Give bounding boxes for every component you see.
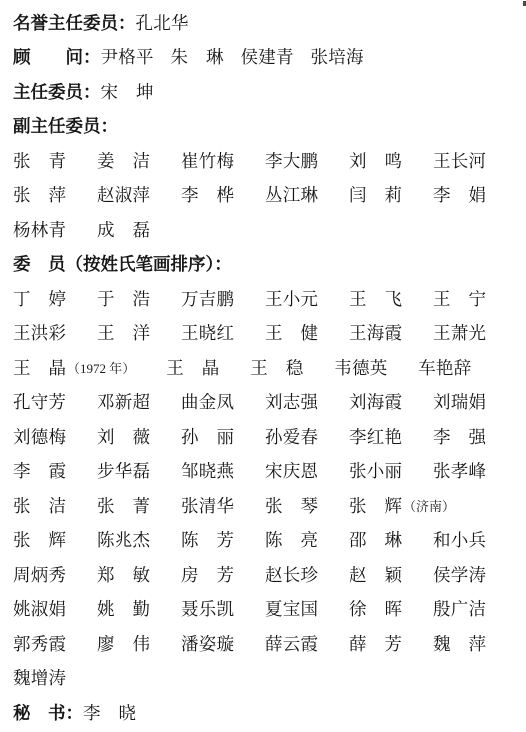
person-name-text: 侯学涛	[433, 567, 486, 585]
person-name-text: 郭秀霞	[13, 636, 66, 654]
person-name-text: 孔北华	[136, 15, 189, 33]
person-name-text: 赵长珍	[265, 567, 318, 585]
person-name-text: 王宁	[433, 291, 486, 309]
name-list: 宋坤	[101, 84, 154, 102]
person-name-text: 韦德英	[334, 360, 387, 378]
person-name: 王洪彩	[13, 325, 66, 343]
person-name-text: 成磊	[97, 222, 150, 240]
person-name: 张萍	[13, 187, 66, 205]
person-name-text: 王健	[265, 325, 318, 343]
name-list: 李晓	[83, 705, 136, 723]
name-list: 孔北华	[136, 15, 189, 33]
doc-line: 孔守芳邓新超曲金凤刘志强刘海霞刘瑞娟	[13, 386, 526, 421]
person-name-text: 张辉	[349, 498, 402, 516]
person-name: 孔守芳	[13, 394, 66, 412]
person-name: 孔北华	[136, 15, 189, 33]
doc-line: 副主任委员：	[13, 110, 526, 145]
person-name-text: 郑敏	[97, 567, 150, 585]
person-name: 刘志强	[265, 394, 318, 412]
person-name: 张孝峰	[433, 463, 486, 481]
person-name-text: 廖伟	[97, 636, 150, 654]
person-name: 崔竹梅	[181, 153, 234, 171]
person-name-text: 张孝峰	[433, 463, 486, 481]
person-name-text: 尹格平	[101, 49, 154, 67]
person-name-text: 刘德梅	[13, 429, 66, 447]
person-name-text: 王小元	[265, 291, 318, 309]
person-name-text: 李桦	[181, 187, 234, 205]
doc-line: 秘 书：李晓	[13, 696, 526, 731]
person-name-text: 曲金凤	[181, 394, 234, 412]
person-name: 陈兆杰	[97, 532, 150, 550]
doc-line: 主任委员：宋坤	[13, 75, 526, 110]
person-name: 刘薇	[97, 429, 150, 447]
doc-line: 委 员（按姓氏笔画排序）：	[13, 248, 526, 283]
person-name: 陈芳	[181, 532, 234, 550]
person-name-text: 王海霞	[349, 325, 402, 343]
person-name-text: 张辉	[13, 532, 66, 550]
section-label: 主任委员：	[13, 84, 101, 102]
name-list: 张辉陈兆杰陈芳陈亮邵琳和小兵	[13, 532, 486, 550]
person-name: 宋坤	[101, 84, 154, 102]
section-label: 委 员（按姓氏笔画排序）：	[13, 256, 232, 274]
person-name: 邵琳	[349, 532, 402, 550]
person-name: 侯建青	[241, 49, 294, 67]
person-name-text: 邹晓燕	[181, 463, 234, 481]
person-name: 孙爱春	[265, 429, 318, 447]
person-name: 万吉鹏	[181, 291, 234, 309]
person-name-text: 张萍	[13, 187, 66, 205]
section-label: 秘 书：	[13, 705, 83, 723]
person-name: 殷广洁	[433, 601, 486, 619]
person-name: 王宁	[433, 291, 486, 309]
person-name: 王长河	[433, 153, 486, 171]
person-name-text: 张菁	[97, 498, 150, 516]
person-name: 车艳辞	[418, 360, 471, 378]
name-list: 魏增涛	[13, 670, 66, 688]
name-list: 孔守芳邓新超曲金凤刘志强刘海霞刘瑞娟	[13, 394, 486, 412]
person-name-text: 刘志强	[265, 394, 318, 412]
person-name-text: 姜洁	[97, 153, 150, 171]
person-name-text: 聂乐凯	[181, 601, 234, 619]
person-name: 曲金凤	[181, 394, 234, 412]
person-name-text: 万吉鹏	[181, 291, 234, 309]
doc-line: 张萍赵淑萍李桦丛江琳闫莉李娟	[13, 179, 526, 214]
name-list: 张青姜洁崔竹梅李大鹏刘鸣王长河	[13, 153, 486, 171]
document-page: 名誉主任委员：孔北华顾 问：尹格平朱琳侯建青张培海主任委员：宋坤副主任委员：张青…	[0, 0, 526, 732]
person-name: 朱琳	[171, 49, 224, 67]
person-name: 李晓	[83, 705, 136, 723]
person-name: 张辉（济南）	[349, 498, 455, 516]
person-name: 陈亮	[265, 532, 318, 550]
name-list: 杨林青成磊	[13, 222, 150, 240]
person-name: 刘瑞娟	[433, 394, 486, 412]
doc-line: 姚淑娟姚勤聂乐凯夏宝国徐晖殷广洁	[13, 593, 526, 628]
person-name: 张小丽	[349, 463, 402, 481]
person-name: 闫莉	[349, 187, 402, 205]
doc-line: 李霞步华磊邹晓燕宋庆恩张小丽张孝峰	[13, 455, 526, 490]
person-name-text: 丁婷	[13, 291, 66, 309]
person-name: 孙丽	[181, 429, 234, 447]
person-name: 潘姿璇	[181, 636, 234, 654]
person-name-text: 殷广洁	[433, 601, 486, 619]
person-name-text: 赵淑萍	[97, 187, 150, 205]
doc-line: 张洁张菁张清华张琴张辉（济南）	[13, 489, 526, 524]
name-list: 尹格平朱琳侯建青张培海	[101, 49, 364, 67]
name-annotation: （济南）	[403, 500, 455, 513]
person-name-text: 姚勤	[97, 601, 150, 619]
person-name-text: 李晓	[83, 705, 136, 723]
person-name-text: 王稳	[250, 360, 303, 378]
person-name: 薛云霞	[265, 636, 318, 654]
person-name: 张培海	[311, 49, 364, 67]
committee-list: 名誉主任委员：孔北华顾 问：尹格平朱琳侯建青张培海主任委员：宋坤副主任委员：张青…	[13, 6, 526, 731]
person-name: 赵淑萍	[97, 187, 150, 205]
person-name: 侯学涛	[433, 567, 486, 585]
person-name-text: 邵琳	[349, 532, 402, 550]
person-name: 李红艳	[349, 429, 402, 447]
person-name: 廖伟	[97, 636, 150, 654]
person-name-text: 刘鸣	[349, 153, 402, 171]
person-name: 张洁	[13, 498, 66, 516]
name-list: 郭秀霞廖伟潘姿璇薛云霞薛芳魏萍	[13, 636, 486, 654]
person-name-text: 宋坤	[101, 84, 154, 102]
person-name: 郭秀霞	[13, 636, 66, 654]
person-name: 王萧光	[433, 325, 486, 343]
person-name-text: 房芳	[181, 567, 234, 585]
name-annotation: （1972 年）	[67, 362, 135, 375]
person-name-text: 王洋	[97, 325, 150, 343]
person-name: 王晶	[166, 360, 219, 378]
doc-line: 名誉主任委员：孔北华	[13, 6, 526, 41]
section-label: 名誉主任委员：	[13, 15, 136, 33]
person-name: 李大鹏	[265, 153, 318, 171]
person-name: 王晓红	[181, 325, 234, 343]
name-list: 刘德梅刘薇孙丽孙爱春李红艳李强	[13, 429, 486, 447]
doc-line: 丁婷于浩万吉鹏王小元王飞王宁	[13, 282, 526, 317]
person-name: 丁婷	[13, 291, 66, 309]
person-name-text: 杨林青	[13, 222, 66, 240]
person-name-text: 李娟	[433, 187, 486, 205]
section-label: 副主任委员：	[13, 118, 118, 136]
person-name-text: 李霞	[13, 463, 66, 481]
person-name: 姚勤	[97, 601, 150, 619]
name-list: 王洪彩王洋王晓红王健王海霞王萧光	[13, 325, 486, 343]
person-name-text: 朱琳	[171, 49, 224, 67]
person-name: 刘海霞	[349, 394, 402, 412]
person-name-text: 薛云霞	[265, 636, 318, 654]
person-name-text: 刘瑞娟	[433, 394, 486, 412]
name-list: 张洁张菁张清华张琴张辉（济南）	[13, 498, 455, 516]
person-name: 王飞	[349, 291, 402, 309]
person-name-text: 李红艳	[349, 429, 402, 447]
person-name: 李强	[433, 429, 486, 447]
person-name: 张青	[13, 153, 66, 171]
person-name-text: 夏宝国	[265, 601, 318, 619]
person-name-text: 张洁	[13, 498, 66, 516]
doc-line: 杨林青成磊	[13, 213, 526, 248]
person-name-text: 崔竹梅	[181, 153, 234, 171]
person-name-text: 于浩	[97, 291, 150, 309]
person-name: 张琴	[265, 498, 318, 516]
person-name-text: 张培海	[311, 49, 364, 67]
person-name: 丛江琳	[265, 187, 318, 205]
person-name-text: 张琴	[265, 498, 318, 516]
doc-line: 张青姜洁崔竹梅李大鹏刘鸣王长河	[13, 144, 526, 179]
doc-line: 魏增涛	[13, 662, 526, 697]
person-name-text: 和小兵	[433, 532, 486, 550]
person-name-text: 王晓红	[181, 325, 234, 343]
person-name: 刘德梅	[13, 429, 66, 447]
person-name: 成磊	[97, 222, 150, 240]
person-name: 周炳秀	[13, 567, 66, 585]
person-name-text: 王洪彩	[13, 325, 66, 343]
person-name-text: 赵颖	[349, 567, 402, 585]
person-name-text: 张青	[13, 153, 66, 171]
person-name: 姜洁	[97, 153, 150, 171]
person-name-text: 张小丽	[349, 463, 402, 481]
person-name: 徐晖	[349, 601, 402, 619]
person-name: 张菁	[97, 498, 150, 516]
section-label: 顾 问：	[13, 49, 101, 67]
name-list: 李霞步华磊邹晓燕宋庆恩张小丽张孝峰	[13, 463, 486, 481]
doc-line: 王洪彩王洋王晓红王健王海霞王萧光	[13, 317, 526, 352]
person-name: 于浩	[97, 291, 150, 309]
person-name: 张清华	[181, 498, 234, 516]
person-name: 邹晓燕	[181, 463, 234, 481]
name-list: 丁婷于浩万吉鹏王小元王飞王宁	[13, 291, 486, 309]
name-list: 王晶（1972 年）王晶王稳韦德英车艳辞	[13, 360, 471, 378]
person-name-text: 车艳辞	[418, 360, 471, 378]
person-name: 王晶（1972 年）	[13, 360, 135, 378]
person-name: 姚淑娟	[13, 601, 66, 619]
person-name-text: 姚淑娟	[13, 601, 66, 619]
person-name-text: 王晶	[166, 360, 219, 378]
person-name: 宋庆恩	[265, 463, 318, 481]
person-name-text: 步华磊	[97, 463, 150, 481]
person-name: 郑敏	[97, 567, 150, 585]
person-name-text: 陈亮	[265, 532, 318, 550]
person-name: 刘鸣	[349, 153, 402, 171]
person-name: 韦德英	[334, 360, 387, 378]
doc-line: 张辉陈兆杰陈芳陈亮邵琳和小兵	[13, 524, 526, 559]
name-list: 姚淑娟姚勤聂乐凯夏宝国徐晖殷广洁	[13, 601, 486, 619]
person-name: 赵颖	[349, 567, 402, 585]
person-name: 夏宝国	[265, 601, 318, 619]
person-name-text: 陈兆杰	[97, 532, 150, 550]
person-name-text: 陈芳	[181, 532, 234, 550]
person-name-text: 潘姿璇	[181, 636, 234, 654]
person-name-text: 丛江琳	[265, 187, 318, 205]
person-name-text: 周炳秀	[13, 567, 66, 585]
person-name-text: 魏萍	[433, 636, 486, 654]
person-name: 魏萍	[433, 636, 486, 654]
person-name-text: 孔守芳	[13, 394, 66, 412]
person-name: 李娟	[433, 187, 486, 205]
person-name: 王海霞	[349, 325, 402, 343]
person-name-text: 孙丽	[181, 429, 234, 447]
person-name: 赵长珍	[265, 567, 318, 585]
person-name: 张辉	[13, 532, 66, 550]
person-name: 王稳	[250, 360, 303, 378]
person-name: 王洋	[97, 325, 150, 343]
person-name: 尹格平	[101, 49, 154, 67]
person-name-text: 王长河	[433, 153, 486, 171]
person-name: 魏增涛	[13, 670, 66, 688]
person-name-text: 薛芳	[349, 636, 402, 654]
person-name: 薛芳	[349, 636, 402, 654]
person-name-text: 孙爱春	[265, 429, 318, 447]
person-name-text: 邓新超	[97, 394, 150, 412]
person-name: 步华磊	[97, 463, 150, 481]
doc-line: 顾 问：尹格平朱琳侯建青张培海	[13, 41, 526, 76]
doc-line: 王晶（1972 年）王晶王稳韦德英车艳辞	[13, 351, 526, 386]
person-name: 王健	[265, 325, 318, 343]
person-name: 聂乐凯	[181, 601, 234, 619]
person-name-text: 王晶	[13, 360, 66, 378]
person-name: 李霞	[13, 463, 66, 481]
person-name-text: 侯建青	[241, 49, 294, 67]
person-name-text: 刘海霞	[349, 394, 402, 412]
person-name: 李桦	[181, 187, 234, 205]
person-name: 杨林青	[13, 222, 66, 240]
person-name-text: 魏增涛	[13, 670, 66, 688]
person-name-text: 王飞	[349, 291, 402, 309]
person-name-text: 李大鹏	[265, 153, 318, 171]
person-name-text: 李强	[433, 429, 486, 447]
person-name-text: 王萧光	[433, 325, 486, 343]
person-name-text: 宋庆恩	[265, 463, 318, 481]
name-list: 张萍赵淑萍李桦丛江琳闫莉李娟	[13, 187, 486, 205]
doc-line: 周炳秀郑敏房芳赵长珍赵颖侯学涛	[13, 558, 526, 593]
doc-line: 郭秀霞廖伟潘姿璇薛云霞薛芳魏萍	[13, 627, 526, 662]
person-name: 房芳	[181, 567, 234, 585]
name-list: 周炳秀郑敏房芳赵长珍赵颖侯学涛	[13, 567, 486, 585]
person-name: 王小元	[265, 291, 318, 309]
person-name: 邓新超	[97, 394, 150, 412]
person-name: 和小兵	[433, 532, 486, 550]
person-name-text: 刘薇	[97, 429, 150, 447]
person-name-text: 徐晖	[349, 601, 402, 619]
doc-line: 刘德梅刘薇孙丽孙爱春李红艳李强	[13, 420, 526, 455]
person-name-text: 张清华	[181, 498, 234, 516]
person-name-text: 闫莉	[349, 187, 402, 205]
